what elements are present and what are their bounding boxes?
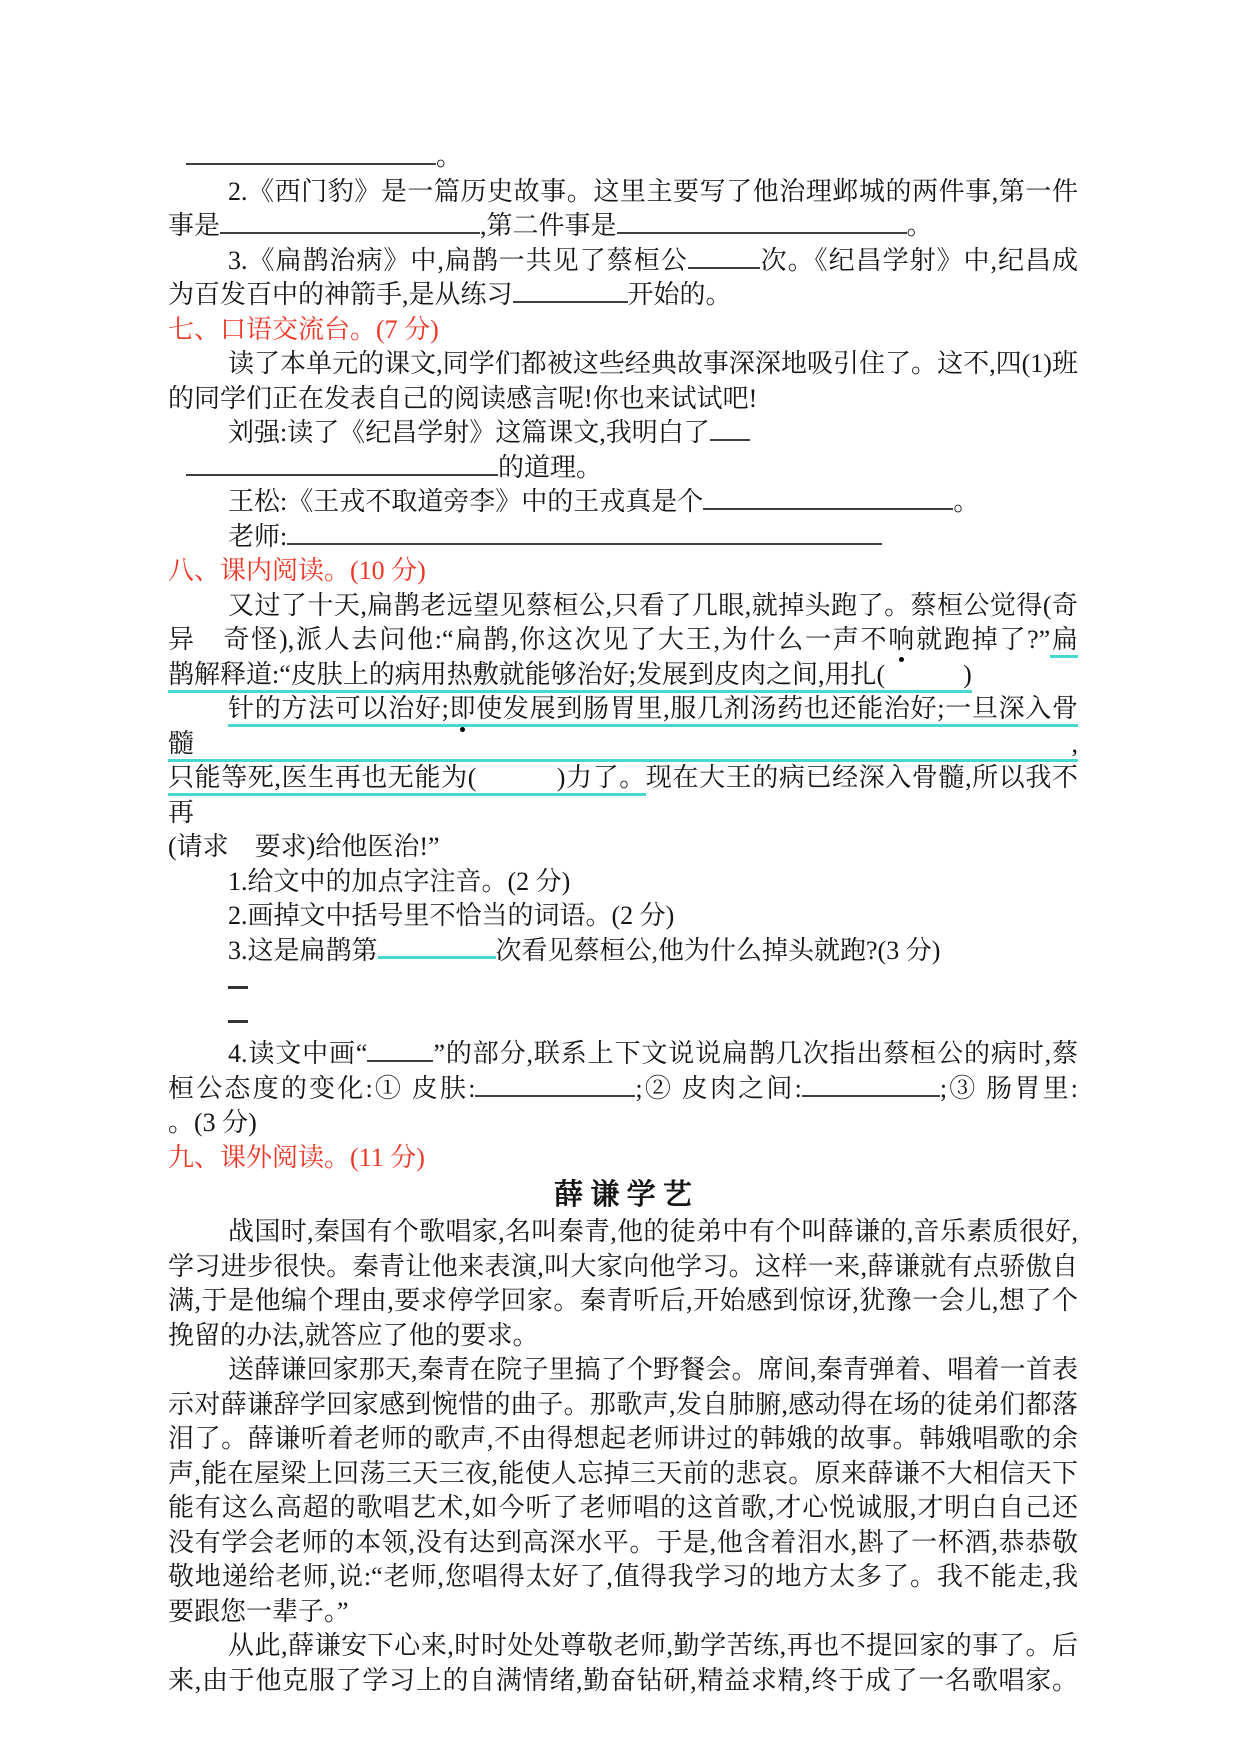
text-line: 的道理。 <box>168 451 1078 486</box>
exam-page: 。2.《西门豹》是一篇历史故事。这里主要写了他治理邺城的两件事,第一件事是,第二… <box>0 0 1241 1754</box>
text-line: 。(3 分) <box>168 1106 1078 1141</box>
text-run: 满,于是他编个理由,要求停学回家。秦青听后,开始感到惊讶,犹豫一会儿,想了个 <box>168 1286 1078 1315</box>
text-line: 3.《扁鹊治病》中,扁鹊一共见了蔡桓公次。《纪昌学射》中,纪昌成 <box>168 244 1078 279</box>
text-run: 的道理。 <box>498 453 602 482</box>
text-run: 从此,薛谦安下心来,时时处处尊敬老师,勤学苦练,再也不提回家的事了。后 <box>228 1631 1078 1660</box>
text-run: 能有这么高超的歌唱艺术,如今听了老师唱的这首歌,才心悦诚服,才明白自己还 <box>168 1493 1078 1522</box>
text-run: 学习进步很快。秦青让他来表演,叫大家向他学习。这样一来,薛谦就有点骄傲自 <box>168 1252 1078 1281</box>
text-line: 老师: <box>168 520 1078 555</box>
text-run: 送薛谦回家那天,秦青在院子里搞了个野餐会。席间,秦青弹着、唱着一首表 <box>228 1355 1078 1384</box>
text-run: 没有学会老师的本领,没有达到高深水平。于是,他含着泪水,斟了一杯酒,恭恭敬 <box>168 1528 1078 1557</box>
text-line: 4.读文中画“”的部分,联系上下文说说扁鹊几次指出蔡桓公的病时,蔡 <box>168 1037 1078 1072</box>
underlined-text: 扁 <box>1050 625 1078 658</box>
text-run: 薛 谦 学 艺 <box>554 1179 692 1211</box>
answer-dash <box>228 986 248 989</box>
section-7-heading: 七、口语交流台。(7 分) <box>168 313 1078 348</box>
spacer <box>168 164 186 165</box>
text-line: 挽留的办法,就答应了他的要求。 <box>168 1319 1078 1354</box>
text-line: (请求 要求)给他医治!” <box>168 830 1078 865</box>
text-line: 满,于是他编个理由,要求停学回家。秦青听后,开始感到惊讶,犹豫一会儿,想了个 <box>168 1284 1078 1319</box>
section-8-heading: 八、课内阅读。(10 分) <box>168 554 1078 589</box>
text-line: 2.《西门豹》是一篇历史故事。这里主要写了他治理邺城的两件事,第一件 <box>168 175 1078 210</box>
text-line: 桓公态度的变化:① 皮肤:;② 皮肉之间:;③ 肠胃里: <box>168 1072 1078 1107</box>
text-run: 来,由于他克服了学习上的自满情绪,勤奋钻研,精益求精,终于成了一名歌唱家。 <box>168 1666 1078 1695</box>
underlined-text: 针的方法可以治好; <box>228 694 449 727</box>
text-run: 2.《西门豹》是一篇历史故事。这里主要写了他治理邺城的两件事,第一件 <box>228 177 1078 206</box>
text-run: 。 <box>953 487 979 516</box>
text-run: 示对薛谦辞学回家感到惋惜的曲子。那歌声,发自肺腑,感动得在场的徒弟们都落 <box>168 1390 1078 1419</box>
blank-field <box>710 437 750 441</box>
text-line: 读了本单元的课文,同学们都被这些经典故事深深地吸引住了。这不,四(1)班 <box>168 347 1078 382</box>
text-run: 战国时,秦国有个歌唱家,名叫秦青,他的徒弟中有个叫薛谦的,音乐素质很好, <box>228 1217 1078 1246</box>
text-run: 为百发百中的神箭手,是从练习 <box>168 280 513 309</box>
text-run: (请求 要求)给他医治!” <box>168 832 440 861</box>
text-line: 从此,薛谦安下心来,时时处处尊敬老师,勤学苦练,再也不提回家的事了。后 <box>168 1629 1078 1664</box>
blank-field <box>367 1058 433 1062</box>
blank-field <box>220 230 480 234</box>
text-run: 事是 <box>168 211 220 240</box>
blank-field <box>475 1093 635 1097</box>
text-line: 泪了。薛谦听着老师的歌声,不由得想起老师讲过的韩娥的故事。韩娥唱歌的余 <box>168 1422 1078 1457</box>
text-line: 声,能在屋梁上回荡三天三夜,能使人忘掉三天前的悲哀。原来薛谦不大相信天下 <box>168 1457 1078 1492</box>
text-line: 。 <box>168 140 1078 175</box>
text-run: 1.给文中的加点字注音。(2 分) <box>228 867 570 896</box>
text-line: 敬地递给老师,说:“老师,您唱得太好了,值得我学习的地方太多了。我不能走,我 <box>168 1560 1078 1595</box>
text-line: 没有学会老师的本领,没有达到高深水平。于是,他含着泪水,斟了一杯酒,恭恭敬 <box>168 1526 1078 1561</box>
text-line: 1.给文中的加点字注音。(2 分) <box>168 865 1078 900</box>
text-run: 七、口语交流台。 <box>168 315 376 345</box>
text-run: 。 <box>436 142 462 171</box>
text-line: 为百发百中的神箭手,是从练习开始的。 <box>168 278 1078 313</box>
text-run: 老师: <box>228 522 287 551</box>
dotted-char: 响 <box>888 625 916 654</box>
text-run: ,第二件事是 <box>480 211 617 240</box>
text-run: 王松:《王戎不取道旁李》中的王戎真是个 <box>228 487 703 516</box>
text-run: 开始的。 <box>628 280 732 309</box>
text-run: 的同学们正在发表自己的阅读感言呢!你也来试试吧! <box>168 384 757 413</box>
text-run: 敬地递给老师,说:“老师,您唱得太好了,值得我学习的地方太多了。我不能走,我 <box>168 1562 1078 1591</box>
text-line: 3.这是扁鹊第次看见蔡桓公,他为什么掉头就跑?(3 分) <box>168 934 1078 969</box>
text-line: 王松:《王戎不取道旁李》中的王戎真是个。 <box>168 485 1078 520</box>
score-label: (7 分) <box>376 315 439 344</box>
blank-field <box>513 299 628 303</box>
text-line: 的同学们正在发表自己的阅读感言呢!你也来试试吧! <box>168 382 1078 417</box>
text-line: 又过了十天,扁鹊老远望见蔡桓公,只看了几眼,就掉头跑了。蔡桓公觉得(奇 <box>168 589 1078 624</box>
text-line <box>168 1003 1078 1038</box>
text-line: 学习进步很快。秦青让他来表演,叫大家向他学习。这样一来,薛谦就有点骄傲自 <box>168 1250 1078 1285</box>
blank-field <box>688 265 760 269</box>
text-run: 次。《纪昌学射》中,纪昌成 <box>760 246 1078 275</box>
text-line: 事是,第二件事是。 <box>168 209 1078 244</box>
text-line: 送薛谦回家那天,秦青在院子里搞了个野餐会。席间,秦青弹着、唱着一首表 <box>168 1353 1078 1388</box>
blank-field-cyan <box>378 954 496 959</box>
text-run: 异 奇怪),派人去问他:“扁鹊,你这次见了大王,为什么一声不 <box>168 625 888 654</box>
text-run: 。(3 分) <box>168 1108 257 1137</box>
text-line: 示对薛谦辞学回家感到惋惜的曲子。那歌声,发自肺腑,感动得在场的徒弟们都落 <box>168 1388 1078 1423</box>
text-run: 就跑掉了?” <box>916 625 1050 654</box>
text-run: 泪了。薛谦听着老师的歌声,不由得想起老师讲过的韩娥的故事。韩娥唱歌的余 <box>168 1424 1078 1453</box>
text-run: 挽留的办法,就答应了他的要求。 <box>168 1321 539 1350</box>
answer-dash <box>228 1020 248 1023</box>
text-line: 能有这么高超的歌唱艺术,如今听了老师唱的这首歌,才心悦诚服,才明白自己还 <box>168 1491 1078 1526</box>
text-line: 要跟您一辈子。” <box>168 1595 1078 1630</box>
spacer <box>168 475 186 476</box>
text-line: 异 奇怪),派人去问他:“扁鹊,你这次见了大王,为什么一声不响就跑掉了?”扁 <box>168 623 1078 658</box>
text-line: 针的方法可以治好;即使发展到肠胃里,服几剂汤药也还能治好;一旦深入骨髓, <box>168 692 1078 761</box>
underlined-text: 只能等死,医生再也无能为( )力了。 <box>168 763 646 796</box>
text-run: 声,能在屋梁上回荡三天三夜,能使人忘掉三天前的悲哀。原来薛谦不大相信天下 <box>168 1459 1078 1488</box>
passage-title: 薛 谦 学 艺 <box>168 1175 1078 1215</box>
text-run: ”的部分,联系上下文说说扁鹊几次指出蔡桓公的病时,蔡 <box>433 1039 1078 1068</box>
text-run: 次看见蔡桓公,他为什么掉头就跑?(3 分) <box>496 936 941 965</box>
text-run: 2.画掉文中括号里不恰当的词语。(2 分) <box>228 901 674 930</box>
text-run: 九、课外阅读。 <box>168 1143 350 1173</box>
text-line: 战国时,秦国有个歌唱家,名叫秦青,他的徒弟中有个叫薛谦的,音乐素质很好, <box>168 1215 1078 1250</box>
text-run: 3.《扁鹊治病》中,扁鹊一共见了蔡桓公 <box>228 246 688 275</box>
text-run: 又过了十天,扁鹊老远望见蔡桓公,只看了几眼,就掉头跑了。蔡桓公觉得(奇 <box>228 591 1078 620</box>
blank-field <box>802 1093 940 1097</box>
score-label: (10 分) <box>350 556 426 585</box>
text-run: ;② 皮肉之间: <box>635 1074 801 1103</box>
text-line: 来,由于他克服了学习上的自满情绪,勤奋钻研,精益求精,终于成了一名歌唱家。 <box>168 1664 1078 1699</box>
blank-field <box>186 472 498 476</box>
underlined-text: 鹊解释道:“皮肤上的病用热敷就能够治好;发展到皮肉之间,用扎( ) <box>168 660 972 693</box>
blank-field <box>703 506 953 510</box>
text-line <box>168 968 1078 1003</box>
text-line: 鹊解释道:“皮肤上的病用热敷就能够治好;发展到皮肉之间,用扎( ) <box>168 658 1078 693</box>
text-run: 3.这是扁鹊第 <box>228 936 378 965</box>
exam-content: 。2.《西门豹》是一篇历史故事。这里主要写了他治理邺城的两件事,第一件事是,第二… <box>168 140 1078 1698</box>
text-run: 。 <box>907 211 933 240</box>
text-run: 4.读文中画“ <box>228 1039 367 1068</box>
text-run: ;③ 肠胃里: <box>940 1074 1078 1103</box>
text-run: 要跟您一辈子。” <box>168 1597 349 1626</box>
underlined-text: 即 <box>449 694 476 727</box>
section-9-heading: 九、课外阅读。(11 分) <box>168 1141 1078 1176</box>
text-run: 读了本单元的课文,同学们都被这些经典故事深深地吸引住了。这不,四(1)班 <box>228 349 1078 378</box>
blank-field <box>186 161 436 165</box>
text-line: 刘强:读了《纪昌学射》这篇课文,我明白了 <box>168 416 1078 451</box>
text-run: 刘强:读了《纪昌学射》这篇课文,我明白了 <box>228 418 710 447</box>
text-run: 八、课内阅读。 <box>168 556 350 586</box>
text-run: 桓公态度的变化:① 皮肤: <box>168 1074 475 1103</box>
text-line: 2.画掉文中括号里不恰当的词语。(2 分) <box>168 899 1078 934</box>
blank-field <box>617 230 907 234</box>
blank-field <box>287 541 882 545</box>
score-label: (11 分) <box>350 1143 425 1172</box>
text-line: 只能等死,医生再也无能为( )力了。现在大王的病已经深入骨髓,所以我不再 <box>168 761 1078 830</box>
